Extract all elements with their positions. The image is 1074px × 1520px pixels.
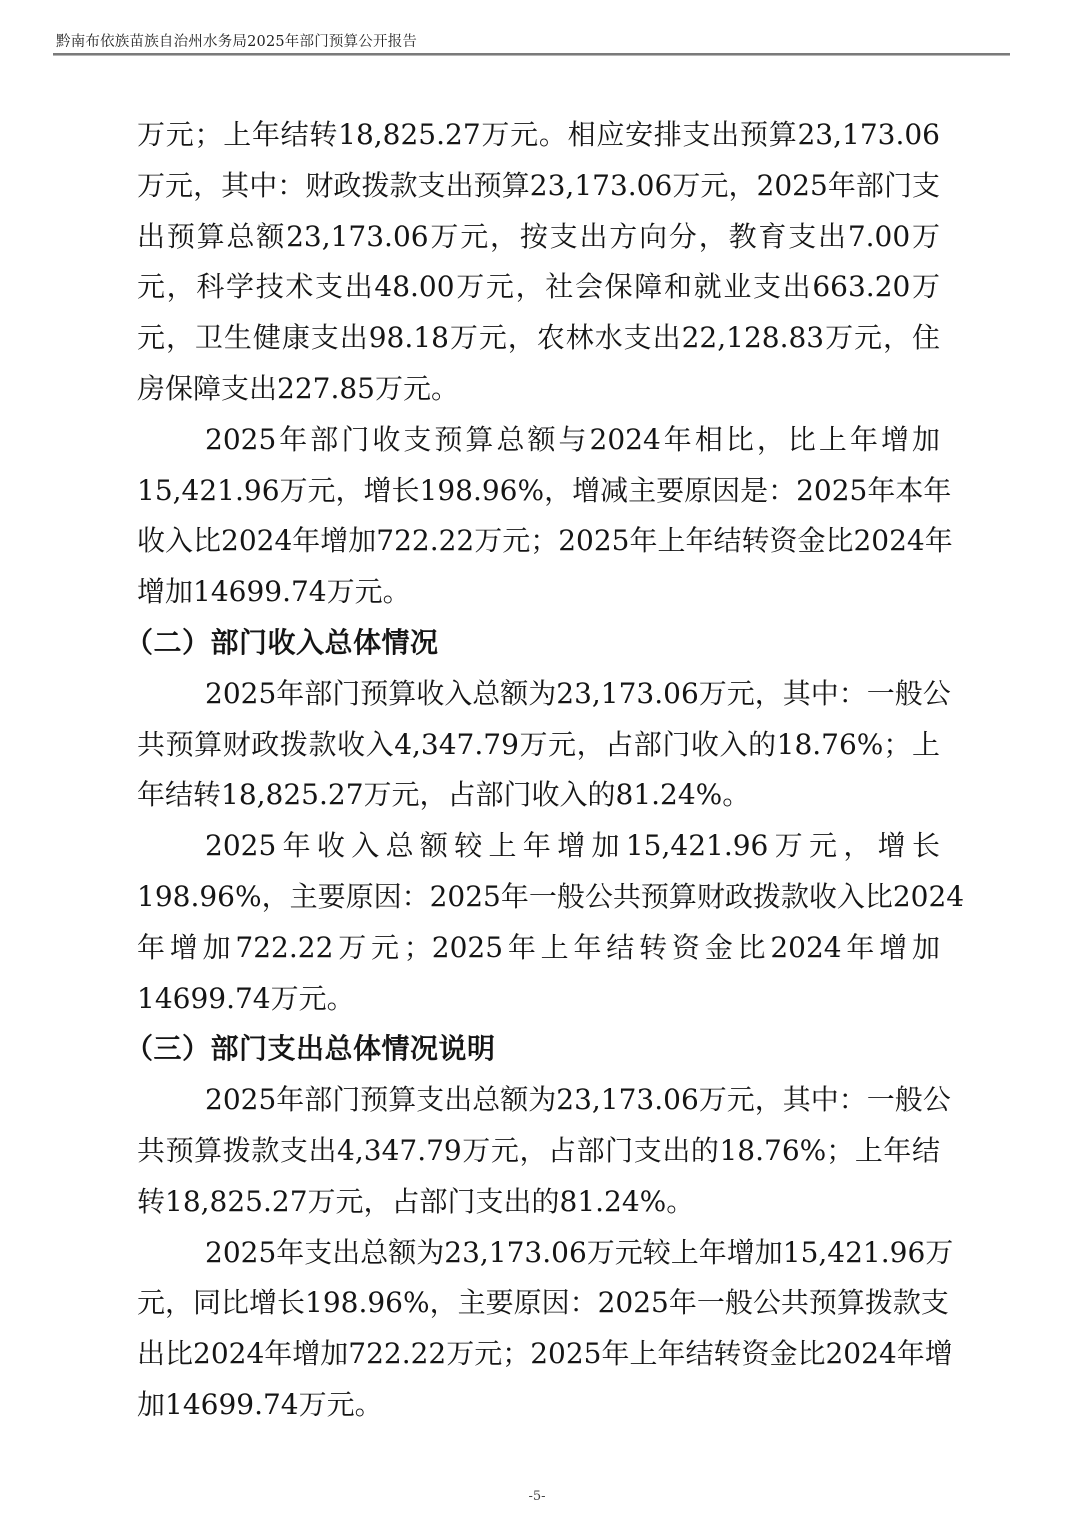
paragraph-year-comparison: 2025年部门收支预算总额与2024年相比，比上年增加 15,421.96万元，… [137, 415, 940, 618]
text-line: 2025年部门预算支出总额为23,173.06万元，其中：一般公 [137, 1075, 940, 1126]
section-heading: （二）部门收入总体情况 [125, 618, 940, 669]
text-line: 共预算拨款支出4,347.79万元，占部门支出的18.76%；上年结 [137, 1126, 940, 1177]
text-line: 15,421.96万元，增长198.96%，增减主要原因是：2025年本年 [137, 466, 940, 517]
text-line: 转18,825.27万元，占部门支出的81.24%。 [137, 1177, 940, 1228]
text-line: 元，卫生健康支出98.18万元，农林水支出22,128.83万元，住 [137, 313, 940, 364]
paragraph-expenditure-total: 2025年部门预算支出总额为23,173.06万元，其中：一般公 共预算拨款支出… [137, 1075, 940, 1227]
text-line: 年结转18,825.27万元，占部门收入的81.24%。 [137, 770, 940, 821]
paragraph-income-total: 2025年部门预算收入总额为23,173.06万元，其中：一般公 共预算财政拨款… [137, 669, 940, 821]
text-line: 2025年部门收支预算总额与2024年相比，比上年增加 [137, 415, 940, 466]
text-line: 万元，其中：财政拨款支出预算23,173.06万元，2025年部门支 [137, 161, 940, 212]
paragraph-income-change: 2025年收入总额较上年增加15,421.96万元，增长 198.96%，主要原… [137, 821, 940, 1024]
text-line: 2025年部门预算收入总额为23,173.06万元，其中：一般公 [137, 669, 940, 720]
document-header-title: 黔南布依族苗族自治州水务局2025年部门预算公开报告 [56, 30, 417, 51]
text-line: 出预算总额23,173.06万元，按支出方向分，教育支出7.00万 [137, 212, 940, 263]
header-divider [53, 53, 1010, 56]
text-line: 元，同比增长198.96%，主要原因：2025年一般公共预算拨款支 [137, 1278, 940, 1329]
text-line: 收入比2024年增加722.22万元；2025年上年结转资金比2024年 [137, 516, 940, 567]
text-line: 年增加722.22万元；2025年上年结转资金比2024年增加 [137, 923, 940, 974]
section-expenditure-overview: （三）部门支出总体情况说明 2025年部门预算支出总额为23,173.06万元，… [137, 1024, 940, 1430]
text-line: 2025年支出总额为23,173.06万元较上年增加15,421.96万 [137, 1228, 940, 1279]
section-heading: （三）部门支出总体情况说明 [125, 1024, 940, 1075]
text-line: 元，科学技术支出48.00万元，社会保障和就业支出663.20万 [137, 262, 940, 313]
text-line: 共预算财政拨款收入4,347.79万元，占部门收入的18.76%；上 [137, 720, 940, 771]
text-line: 增加14699.74万元。 [137, 567, 940, 618]
text-line: 万元；上年结转18,825.27万元。相应安排支出预算23,173.06 [137, 110, 940, 161]
page-number: -5- [0, 1489, 1074, 1504]
text-line: 198.96%，主要原因：2025年一般公共预算财政拨款收入比2024 [137, 872, 940, 923]
section-income-overview: （二）部门收入总体情况 2025年部门预算收入总额为23,173.06万元，其中… [137, 618, 940, 1024]
paragraph-expenditure-breakdown: 万元；上年结转18,825.27万元。相应安排支出预算23,173.06 万元，… [137, 110, 940, 415]
text-line: 2025年收入总额较上年增加15,421.96万元，增长 [137, 821, 940, 872]
document-body: 万元；上年结转18,825.27万元。相应安排支出预算23,173.06 万元，… [137, 110, 940, 1431]
text-line: 14699.74万元。 [137, 974, 940, 1025]
text-line: 出比2024年增加722.22万元；2025年上年结转资金比2024年增 [137, 1329, 940, 1380]
text-line: 加14699.74万元。 [137, 1380, 940, 1431]
paragraph-expenditure-change: 2025年支出总额为23,173.06万元较上年增加15,421.96万 元，同… [137, 1228, 940, 1431]
text-line: 房保障支出227.85万元。 [137, 364, 940, 415]
